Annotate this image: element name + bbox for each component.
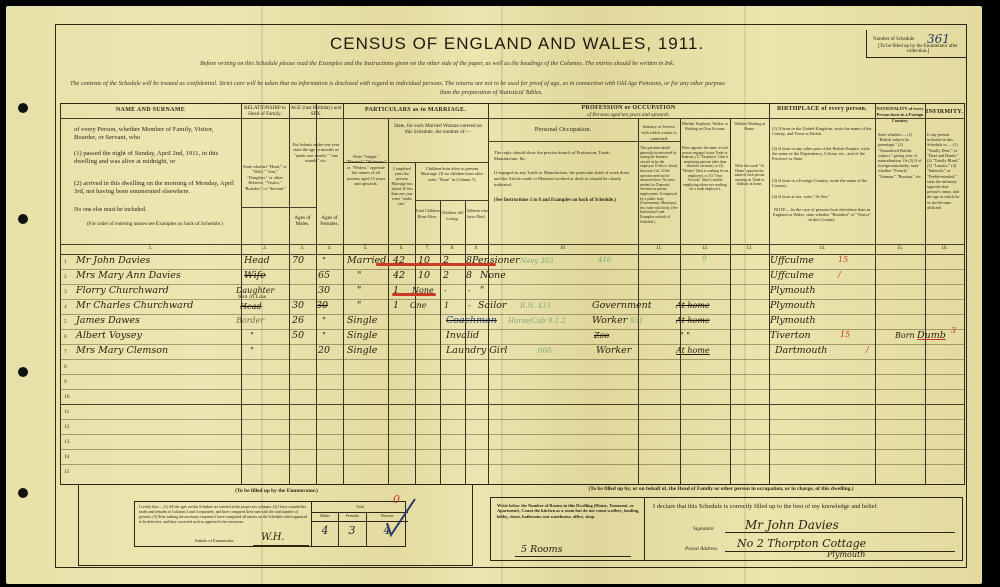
- col-birthplace-desc-4: (4) If born at sea, write "At Sea.": [772, 194, 872, 199]
- marital-condition: ": [357, 285, 361, 296]
- birthplace: Plymouth: [770, 285, 816, 296]
- col-occupation-subheading: of Persons aged ten years and upwards.: [488, 113, 769, 119]
- marital-condition: Single: [347, 330, 377, 341]
- age-female-struck: 30: [316, 300, 328, 311]
- col-employer: Whether Employer, Worker, or Working on …: [681, 122, 729, 131]
- children-died: -: [468, 286, 471, 295]
- enumerator-instructions: I certify that:— (1) All the ages on thi…: [139, 505, 311, 525]
- postal-address: No 2 Thorpton Cottage: [737, 537, 866, 550]
- col-personal-desc-2: If engaged in any Trade or Manufacture, …: [494, 170, 634, 187]
- rooms-count: 5 Rooms: [521, 544, 563, 555]
- instruction-line: Before writing on this Schedule please r…: [200, 60, 674, 67]
- col-birthplace-note: NOTE.—In the case of persons born elsewh…: [772, 207, 872, 223]
- working-at-home: At home: [676, 346, 710, 355]
- person-name: Florry Churchward: [76, 285, 169, 296]
- relationship: ": [250, 331, 254, 340]
- col-home-desc: Write the words "At Home" opposite the n…: [731, 164, 768, 187]
- col-name-desc-4: No one else must be included.: [74, 208, 236, 214]
- occupation: Coachman: [446, 315, 497, 326]
- schedule-number-note: [To be filled up by the Enumerator after…: [873, 44, 963, 54]
- nationality: Born: [895, 331, 915, 340]
- col-marriage-years-desc: Completed years the present Marriage has…: [390, 166, 414, 206]
- person-name: Mrs Mary Ann Davies: [76, 270, 181, 281]
- document-title: CENSUS OF ENGLAND AND WALES, 1911.: [330, 34, 704, 54]
- marital-condition: ": [357, 300, 361, 311]
- col-age-heading: AGE (last Birthday) and SEX.: [289, 106, 343, 118]
- col-age-males: Ages of Males.: [289, 216, 316, 228]
- working-at-home: At home: [676, 316, 710, 325]
- binding-hole: [18, 214, 28, 224]
- col-name-desc-2: (1) passed the night of Sunday, April 2n…: [74, 150, 236, 166]
- total-males: 4: [312, 524, 338, 537]
- marital-condition: Single: [347, 315, 377, 326]
- col-industry: Industry or Service with which worker is…: [640, 124, 678, 141]
- children-died: 8: [466, 270, 472, 281]
- col-personal-desc-3: (See Instructions 1 to 8 and Examples on…: [494, 198, 634, 204]
- rooms-instruction: Write below the Number of Rooms in this …: [497, 503, 640, 519]
- col-birthplace-desc-3: (3) If born in a Foreign Country, write …: [772, 178, 872, 188]
- person-name: Mrs Mary Clemson: [76, 345, 168, 356]
- col-children-died: Children who have Died.: [465, 208, 488, 220]
- person-name: Mr Charles Churchward: [76, 300, 193, 311]
- enumerator-initials: W.H.: [261, 532, 285, 543]
- red-strikethrough: [392, 293, 436, 296]
- children-living: 1: [444, 301, 449, 310]
- working-at-home: " ": [680, 331, 690, 340]
- census-table: NAME AND SURNAME of every Person, whethe…: [60, 103, 965, 485]
- person-name: Albert Voysey: [76, 330, 142, 341]
- employer-code: 0: [702, 255, 706, 263]
- children-died: -: [468, 301, 471, 310]
- occupation: Sailor: [478, 300, 507, 311]
- initials-label: Initials of Enumerator: [195, 538, 234, 544]
- col-marriage-heading: PARTICULARS as to MARRIAGE.: [343, 108, 488, 114]
- col-age-females: Ages of Females.: [316, 216, 343, 228]
- head-of-family-section: (To be filled up by, or on behalf of, th…: [476, 484, 966, 566]
- relationship-struck: Head: [240, 302, 262, 311]
- person-name: James Dawes: [76, 315, 140, 326]
- rooms-box: Write below the Number of Rooms in this …: [490, 497, 645, 561]
- binding-hole: [18, 488, 28, 498]
- industry-code: 931: [630, 317, 643, 325]
- birthplace: Uffculme: [770, 270, 814, 281]
- col-nationality-heading: NATIONALITY of every Person born in a Fo…: [875, 106, 925, 123]
- col-birthplace-desc-1: (1) If born in the United Kingdom, write…: [772, 126, 872, 136]
- occupation: None: [480, 270, 506, 281]
- industry: Worker: [592, 315, 627, 326]
- birthplace: Tiverton: [770, 330, 811, 341]
- col-marriage-condition-desc: Write "Single," "Married," "Widower," or…: [345, 154, 387, 186]
- col-name-desc-5: (For order of entering names see Example…: [74, 222, 236, 228]
- birthplace: Uffculme: [770, 255, 814, 266]
- relationship: Head: [244, 255, 270, 266]
- occupation-code: R.N. 415: [520, 302, 551, 310]
- col-birthplace-desc-2: (2) If born in any other part of the Bri…: [772, 146, 872, 162]
- industry: Worker: [596, 345, 631, 356]
- infirmity-code: 3: [951, 326, 956, 335]
- col-infirmity-desc: If any person included in this Schedule …: [927, 132, 963, 210]
- col-occupation-heading: PROFESSION or OCCUPATION: [488, 106, 769, 112]
- relationship: Son in Law: [238, 294, 266, 300]
- occupation: Pensioner: [472, 255, 520, 266]
- total-females: 3: [338, 524, 366, 537]
- col-name-desc: of every Person, whether Member of Famil…: [74, 126, 236, 142]
- person-name: Mr John Davies: [76, 255, 150, 266]
- col-personal-occupation: Personal Occupation.: [488, 126, 638, 134]
- relationship: ": [250, 346, 254, 355]
- col-industry-desc: This question should generally be answer…: [640, 146, 678, 224]
- col-home: Whether Working at Home.: [731, 122, 768, 131]
- relationship: Border: [236, 316, 264, 325]
- binding-hole: [18, 103, 28, 113]
- signature-label: Signature: [693, 526, 714, 532]
- age-female: 20: [318, 345, 330, 356]
- schedule-number-box: Number of Schedule 361 [To be filled up …: [866, 30, 966, 58]
- birthplace-code: 15: [840, 330, 850, 339]
- postal-address-label: Postal Address: [685, 546, 717, 552]
- birthplace-code: 15: [838, 255, 848, 264]
- enumerator-section: (To be filled up by the Enumerator.) I c…: [78, 484, 473, 566]
- binding-hole: [18, 367, 28, 377]
- children-born: 10: [418, 270, 430, 281]
- col-name-desc-3: (2) arrived in this dwelling on the morn…: [74, 180, 236, 196]
- confidentiality-line-end: than the preparation of Statistical Tabl…: [440, 89, 543, 96]
- col-infirmity-heading: INFIRMITY.: [925, 110, 964, 116]
- years-married: 42: [393, 270, 405, 281]
- col-children-living: Children still Living.: [440, 210, 465, 222]
- industry: Government: [592, 300, 652, 311]
- enumerator-certification-box: I certify that:— (1) All the ages on thi…: [134, 501, 406, 547]
- signature: Mr John Davies: [745, 518, 839, 532]
- industry-code: 416: [598, 256, 611, 264]
- declaration-box: I declare that this Schedule is correctl…: [645, 497, 963, 561]
- col-age-desc: For Infants under one year state the age…: [291, 142, 341, 164]
- col-birthplace-heading: BIRTHPLACE of every person.: [769, 107, 875, 113]
- col-relationship-desc: State whether "Head," or "Wife," "Son," …: [243, 164, 287, 191]
- age-male: 70: [292, 255, 304, 266]
- age-female: 65: [318, 270, 330, 281]
- col-children-desc: Children born alive to present Marriage.…: [417, 166, 487, 182]
- age-male: 50: [292, 330, 304, 341]
- confidentiality-line: The contents of the Schedule will be tre…: [70, 80, 725, 87]
- birthplace-code: /: [866, 345, 869, 354]
- age-female: 30: [318, 285, 330, 296]
- children-born: One: [410, 301, 426, 310]
- col-children-total: Total Children Born Alive.: [415, 208, 440, 220]
- schedule-number-label: Number of Schedule: [873, 37, 914, 42]
- checkmark-icon: [385, 497, 417, 539]
- birthplace: Plymouth: [770, 315, 816, 326]
- relationship: Wife: [244, 270, 266, 281]
- occupation: Invalid: [446, 330, 479, 341]
- col-relationship-heading: RELATIONSHIP to Head of Family.: [241, 106, 289, 118]
- birthplace: Dartmouth: [775, 345, 827, 356]
- col-married-women-desc: State, for each Married Woman entered on…: [390, 124, 486, 136]
- occupation-code: Navy 365: [520, 257, 554, 265]
- age-male: 30: [292, 300, 304, 311]
- age-female: ": [322, 331, 326, 340]
- col-nationality-desc: State whether:— (1) "British subject by …: [878, 132, 924, 179]
- children-living: 2: [443, 270, 449, 281]
- declaration-text: I declare that this Schedule is correctl…: [653, 503, 878, 510]
- col-name-heading: NAME AND SURNAME: [60, 108, 241, 114]
- working-at-home: At home: [676, 301, 710, 310]
- birthplace: Plymouth: [770, 300, 816, 311]
- years-married: 1: [393, 300, 399, 311]
- marital-condition: Single: [347, 345, 377, 356]
- occupation: Laundry Girl: [446, 345, 507, 356]
- children-living: -: [444, 286, 447, 295]
- age-female: ": [322, 256, 326, 265]
- infirmity: Dumb: [917, 330, 946, 341]
- industry: Zoo: [594, 331, 609, 340]
- occupation: ": [480, 285, 484, 296]
- enumerator-caption: (To be filled up by the Enumerator.): [79, 489, 474, 495]
- col-employer-desc: Write opposite the name of each person e…: [681, 146, 729, 192]
- occupation-code: 000: [538, 347, 551, 355]
- age-female: ": [322, 316, 326, 325]
- birthplace-code: /: [838, 270, 841, 279]
- marital-condition: ": [357, 270, 361, 281]
- head-caption: (To be filled up by, or on behalf of, th…: [476, 487, 966, 493]
- occupation-code: Horse/Cab 9.1.2: [508, 317, 566, 325]
- age-male: 26: [292, 315, 304, 326]
- col-personal-desc-1: The reply should show the precise branch…: [494, 150, 634, 162]
